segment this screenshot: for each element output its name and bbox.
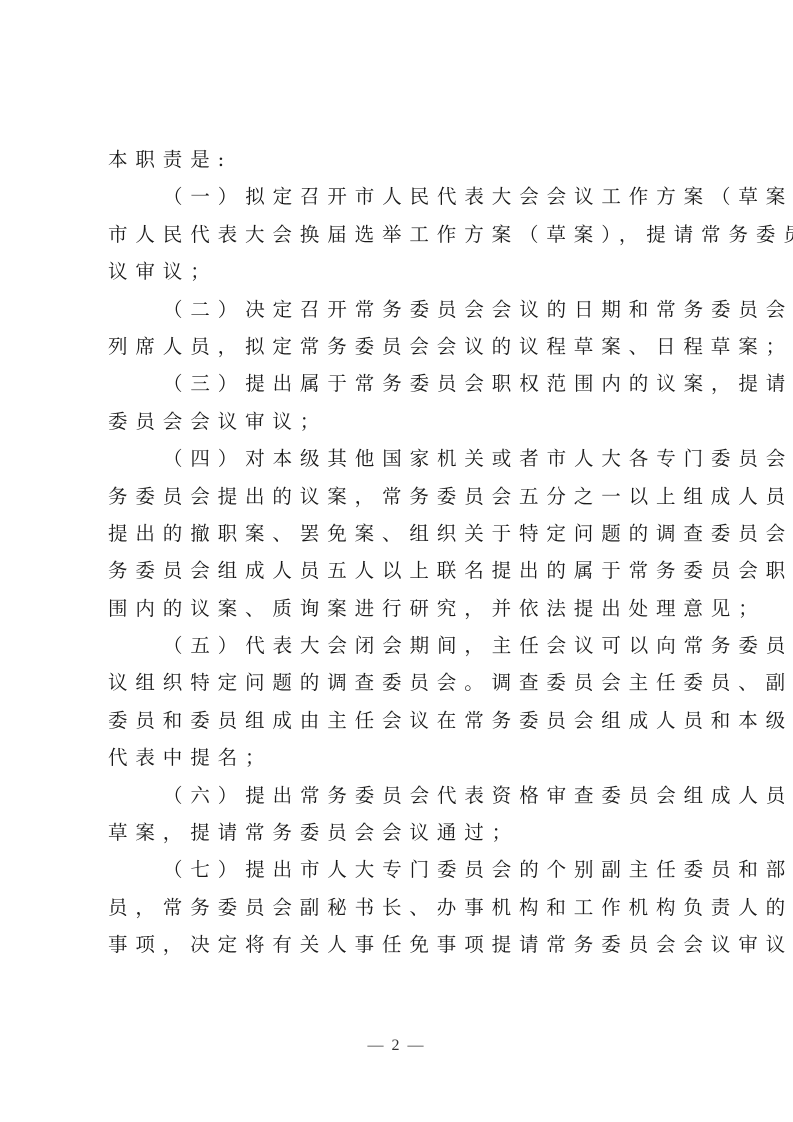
clause-7-line-1: （七）提出市人大专门委员会的个别副主任委员和部分委 xyxy=(108,851,688,888)
clause-1-line-3: 议审议； xyxy=(108,253,688,290)
document-body: 本职责是: （一）拟定召开市人民代表大会会议工作方案（草案）和 市人民代表大会换… xyxy=(108,141,688,964)
clause-4-line-2: 务委员会提出的议案，常务委员会五分之一以上组成人员联名 xyxy=(108,478,688,515)
clause-4-line-5: 围内的议案、质询案进行研究，并依法提出处理意见； xyxy=(108,590,688,627)
clause-2-line-1: （二）决定召开常务委员会会议的日期和常务委员会会议 xyxy=(108,291,688,328)
clause-5-line-3: 委员和委员组成由主任会议在常务委员会组成人员和本级人大 xyxy=(108,702,688,739)
clause-1-line-1: （一）拟定召开市人民代表大会会议工作方案（草案）和 xyxy=(108,178,688,215)
clause-7-line-3: 事项，决定将有关人事任免事项提请常务委员会会议审议； xyxy=(108,926,688,963)
clause-6-line-2: 草案，提请常务委员会会议通过； xyxy=(108,814,688,851)
text-line-intro: 本职责是: xyxy=(108,141,688,178)
clause-3-line-1: （三）提出属于常务委员会职权范围内的议案，提请常务 xyxy=(108,365,688,402)
clause-1-line-2: 市人民代表大会换届选举工作方案（草案），提请常务委员会会 xyxy=(108,216,688,253)
clause-5-line-2: 议组织特定问题的调查委员会。调查委员会主任委员、副主任 xyxy=(108,664,688,701)
page-number: — 2 — xyxy=(0,1037,793,1055)
clause-6-line-1: （六）提出常务委员会代表资格审查委员会组成人员名单 xyxy=(108,777,688,814)
clause-4-line-3: 提出的撤职案、罢免案、组织关于特定问题的调查委员会，常 xyxy=(108,515,688,552)
clause-2-line-2: 列席人员，拟定常务委员会会议的议程草案、日程草案； xyxy=(108,328,688,365)
clause-5-line-1: （五）代表大会闭会期间，主任会议可以向常务委员会提 xyxy=(108,627,688,664)
clause-4-line-4: 务委员会组成人员五人以上联名提出的属于常务委员会职权范 xyxy=(108,552,688,589)
clause-7-line-2: 员，常务委员会副秘书长、办事机构和工作机构负责人的任免 xyxy=(108,889,688,926)
clause-4-line-1: （四）对本级其他国家机关或者市人大各专门委员会向常 xyxy=(108,440,688,477)
clause-5-line-4: 代表中提名； xyxy=(108,739,688,776)
clause-3-line-2: 委员会会议审议； xyxy=(108,403,688,440)
